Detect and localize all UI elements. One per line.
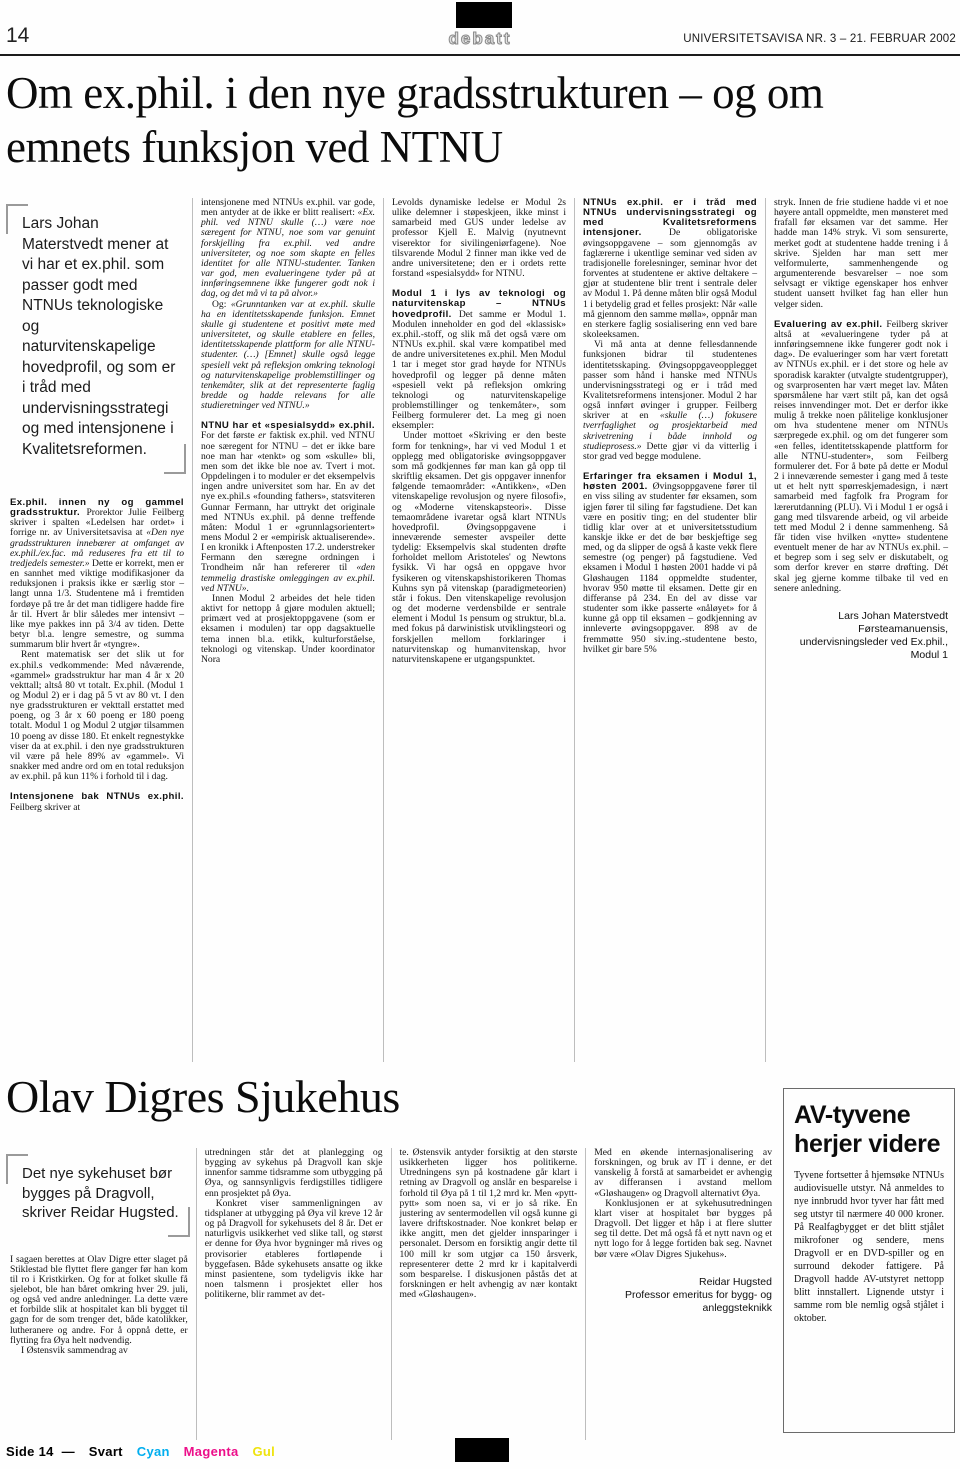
article2-headline: Olav Digres Sjukehus — [6, 1072, 776, 1122]
paragraph: Ex.phil. innen ny og gammel gradsstruktu… — [10, 498, 184, 650]
paragraph: Rent matematisk ser det slik ut for ex.p… — [10, 650, 184, 782]
column-text: Ex.phil. innen ny og gammel gradsstruktu… — [10, 498, 184, 813]
paragraph: Modul 1 i lys av teknologi og naturviten… — [392, 289, 566, 431]
column-text: NTNUs ex.phil. er i tråd med NTNUs under… — [583, 198, 757, 655]
paragraph: te. Østensvik antyder forsiktig at den s… — [400, 1148, 578, 1300]
article1-pull-quote: Lars Johan Materstvedt mener at vi har e… — [10, 204, 184, 474]
article1-column-1: Lars Johan Materstvedt mener at vi har e… — [2, 198, 193, 1062]
plate-svart: Svart — [89, 1444, 123, 1459]
masthead-rule — [0, 54, 960, 56]
column-text: Levolds dynamiske ledelse er Modul 2s ul… — [392, 198, 566, 665]
print-registration-mark-bottom — [455, 1438, 509, 1462]
paragraph: Innen Modul 2 arbeides det hele tiden ak… — [201, 594, 375, 665]
column-text: intensjonene med NTNUs ex.phil. var gode… — [201, 198, 375, 665]
article1-column-5: stryk. Innen de frie studiene hadde vi e… — [766, 198, 956, 1062]
byline: Lars Johan MaterstvedtFørsteamanuensis, … — [774, 610, 948, 662]
column-text: utredningen står det at planlegging og b… — [205, 1148, 383, 1300]
article2-pull-quote: Det nye sykehuset bør bygges på Dragvoll… — [10, 1154, 188, 1237]
paragraph: Konklusjonen er at sykehusutredningen kl… — [594, 1199, 772, 1260]
sidebar-headline: AV-tyvene herjer videre — [794, 1101, 944, 1159]
article1-column-2: intensjonene med NTNUs ex.phil. var gode… — [193, 198, 384, 1062]
plate-gul: Gul — [252, 1444, 275, 1459]
plate-cyan: Cyan — [137, 1444, 170, 1459]
print-registration-mark-top — [456, 2, 512, 28]
column-text: I sagaen berettes at Olav Digre etter sl… — [10, 1255, 188, 1357]
column-text: te. Østensvik antyder forsiktig at den s… — [400, 1148, 578, 1300]
paragraph: NTNUs ex.phil. er i tråd med NTNUs under… — [583, 198, 757, 340]
pull-quote-text: Det nye sykehuset bør bygges på Dragvoll… — [22, 1165, 179, 1221]
paragraph: Evaluering av ex.phil. Feilberg skriver … — [774, 320, 948, 594]
article1-column-4: NTNUs ex.phil. er i tråd med NTNUs under… — [575, 198, 766, 1062]
paragraph: stryk. Innen de frie studiene hadde vi e… — [774, 198, 948, 310]
byline: Reidar HugstedProfessor emeritus for byg… — [594, 1276, 772, 1315]
article1-column-3: Levolds dynamiske ledelse er Modul 2s ul… — [384, 198, 575, 1062]
paragraph: Under mottoet «Skriving er den beste for… — [392, 431, 566, 665]
paragraph: Levolds dynamiske ledelse er Modul 2s ul… — [392, 198, 566, 279]
paragraph: Vi må anta at denne fellesdannende funks… — [583, 340, 757, 462]
paragraph: I sagaen berettes at Olav Digre etter sl… — [10, 1255, 188, 1346]
paragraph: utredningen står det at planlegging og b… — [205, 1148, 383, 1199]
article2-columns: Det nye sykehuset bør bygges på Dragvoll… — [2, 1148, 780, 1440]
sidebar-body: Tyvene fortsetter å hjemsøke NTNUs audio… — [794, 1169, 944, 1325]
article2-column-3: te. Østensvik antyder forsiktig at den s… — [392, 1148, 587, 1440]
issue-label: UNIVERSITETSAVISA NR. 3 – 21. FEBRUAR 20… — [683, 33, 956, 46]
print-color-bar: Side 14 — Svart Cyan Magenta Gul — [6, 1444, 279, 1459]
paragraph: intensjonene med NTNUs ex.phil. var gode… — [201, 198, 375, 300]
paragraph: Med en økende internasjonalisering av fo… — [594, 1148, 772, 1199]
paragraph: Intensjonene bak NTNUs ex.phil. Feilberg… — [10, 792, 184, 812]
paragraph: Konkret viser sammenligningen av tidspla… — [205, 1199, 383, 1301]
newspaper-page: 14 debatt UNIVERSITETSAVISA NR. 3 – 21. … — [0, 0, 960, 1469]
article2-column-4: Med en økende internasjonalisering av fo… — [586, 1148, 780, 1440]
paragraph: Erfaringer fra eksamen i Modul 1, høsten… — [583, 472, 757, 655]
article1-headline: Om ex.phil. i den nye gradsstrukturen – … — [6, 66, 956, 174]
column-text: stryk. Innen de frie studiene hadde vi e… — [774, 198, 948, 662]
pull-quote-text: Lars Johan Materstvedt mener at vi har e… — [22, 215, 175, 458]
paragraph: I Østensvik sammendrag av — [10, 1346, 188, 1356]
column-text: Med en økende internasjonalisering av fo… — [594, 1148, 772, 1315]
paragraph: NTNU har et «spesialsydd» ex.phil. For d… — [201, 421, 375, 594]
article2-column-1: Det nye sykehuset bør bygges på Dragvoll… — [2, 1148, 197, 1440]
article2-column-2: utredningen står det at planlegging og b… — [197, 1148, 392, 1440]
plate-magenta: Magenta — [184, 1444, 239, 1459]
paragraph: Og: «Grunntanken var at ex.phil. skulle … — [201, 300, 375, 412]
article1-columns: Lars Johan Materstvedt mener at vi har e… — [2, 198, 956, 1062]
footer-page-label: Side 14 — [6, 1444, 54, 1459]
sidebar-article-box: AV-tyvene herjer videre Tyvene fortsette… — [783, 1088, 955, 1433]
footer-dash: — — [62, 1444, 75, 1459]
